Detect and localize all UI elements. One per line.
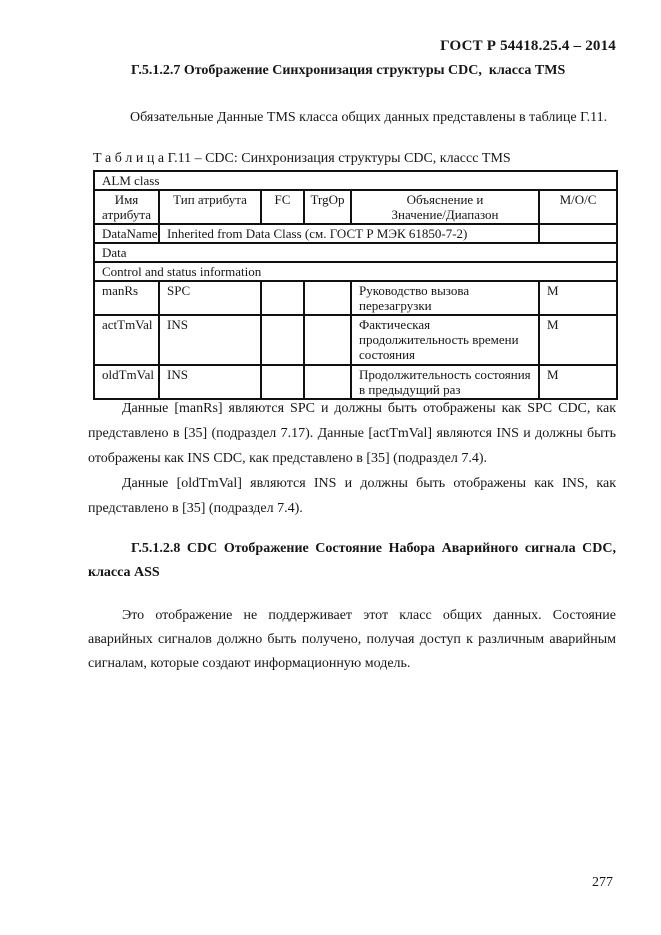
cell-moc: M (539, 315, 617, 365)
paragraph-ass: Это отображение не поддерживает этот кла… (88, 604, 616, 676)
running-header: ГОСТ Р 54418.25.4 – 2014 (440, 38, 616, 55)
cell-moc: M (539, 281, 617, 315)
col-header-trgop: TrgOp (304, 190, 351, 224)
table-row-dataname: DataName Inherited from Data Class (см. … (94, 224, 617, 243)
cell-attr-name: manRs (94, 281, 159, 315)
body-paragraph-ass: Это отображение не поддерживает этот кла… (88, 604, 616, 676)
cell-trgop (304, 315, 351, 365)
cell-attr-type: SPC (159, 281, 261, 315)
cell-fc (261, 315, 304, 365)
col-header-explanation: Объяснение и Значение/Диапазон (351, 190, 539, 224)
table-row-control-group: Control and status information (94, 262, 617, 281)
page-number: 277 (592, 875, 613, 891)
cell-explanation: Руководство вызова перезагрузки (351, 281, 539, 315)
col-header-fc: FC (261, 190, 304, 224)
cell-dataname-label: DataName (94, 224, 159, 243)
table-row-acttmval: actTmVal INS Фактическая продолжительнос… (94, 315, 617, 365)
table-row-oldtmval: oldTmVal INS Продолжительность состояния… (94, 365, 617, 399)
cell-fc (261, 281, 304, 315)
col-header-moc: M/O/C (539, 190, 617, 224)
intro-paragraph: Обязательные Данные TMS класса общих дан… (88, 109, 616, 127)
col-header-attr-type: Тип атрибута (159, 190, 261, 224)
cell-control-group: Control and status information (94, 262, 617, 281)
section-heading-758-line1: Г.5.1.2.8 CDC Отображение Состояние Набо… (88, 537, 616, 561)
table-caption: Т а б л и ц а Г.11 – CDC: Синхронизация … (93, 150, 616, 168)
table-header-row: Имя атрибута Тип атрибута FC TrgOp Объяс… (94, 190, 617, 224)
paragraph-manrs: Данные [manRs] являются SPC и должны быт… (88, 396, 616, 471)
table-row-data-group: Data (94, 243, 617, 262)
cell-explanation: Продолжительность состояния в предыдущий… (351, 365, 539, 399)
cell-attr-type: INS (159, 315, 261, 365)
cell-attr-name: oldTmVal (94, 365, 159, 399)
cell-alm-class: ALM class (94, 171, 617, 190)
cdc-mapping-table: ALM class Имя атрибута Тип атрибута FC T… (93, 170, 618, 400)
table-row-manrs: manRs SPC Руководство вызова перезагрузк… (94, 281, 617, 315)
cell-dataname-value: Inherited from Data Class (см. ГОСТ Р МЭ… (159, 224, 539, 243)
cell-trgop (304, 365, 351, 399)
cell-explanation: Фактическая продолжительность времени со… (351, 315, 539, 365)
section-heading-758-line2: класса ASS (88, 561, 616, 585)
cell-dataname-moc (539, 224, 617, 243)
cell-attr-type: INS (159, 365, 261, 399)
section-heading-758: Г.5.1.2.8 CDC Отображение Состояние Набо… (88, 537, 616, 585)
body-paragraphs: Данные [manRs] являются SPC и должны быт… (88, 396, 616, 521)
paragraph-oldtmval: Данные [oldTmVal] являются INS и должны … (88, 471, 616, 521)
cell-data-group: Data (94, 243, 617, 262)
cell-trgop (304, 281, 351, 315)
section-heading-757: Г.5.1.2.7 Отображение Синхронизация стру… (88, 62, 616, 80)
cell-fc (261, 365, 304, 399)
cell-attr-name: actTmVal (94, 315, 159, 365)
col-header-attr-name: Имя атрибута (94, 190, 159, 224)
document-page: ГОСТ Р 54418.25.4 – 2014 Г.5.1.2.7 Отобр… (0, 0, 661, 935)
table-row-alm-class: ALM class (94, 171, 617, 190)
cell-moc: M (539, 365, 617, 399)
